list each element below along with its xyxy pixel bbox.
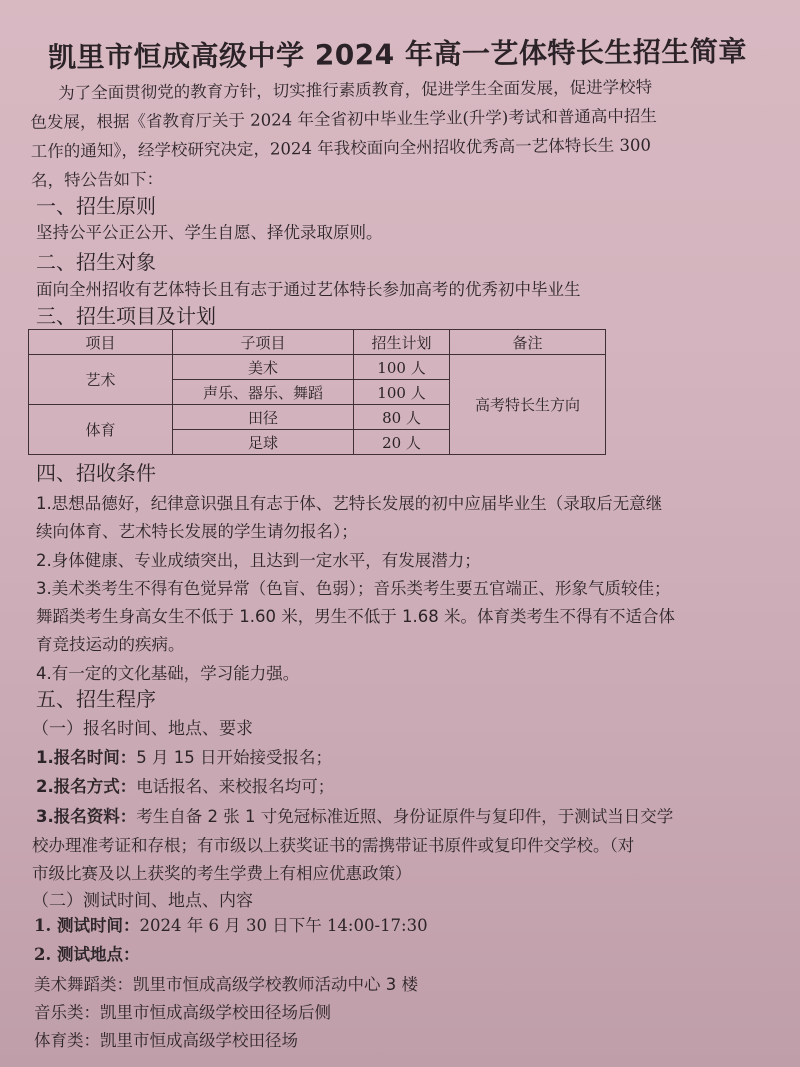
registration-item: 1.报名时间：5 月 15 日开始接受报名；: [36, 744, 332, 768]
condition-line: 2.身体健康、专业成绩突出，且达到一定水平，有发展潜力；: [36, 547, 481, 571]
test-location: 体育类：凯里市恒成高级学校田径场: [34, 1027, 298, 1051]
cell-subcategory: 田径: [173, 405, 354, 430]
location-label: 体育类：: [34, 1031, 100, 1050]
condition-line: 4.有一定的文化基础，学习能力强。: [36, 660, 299, 684]
item-text: 2024 年 6 月 30 日下午 14:00-17:30: [139, 916, 427, 935]
location-text: 凯里市恒成高级学校田径场后侧: [100, 1003, 331, 1022]
col-header-subcategory: 子项目: [173, 330, 354, 355]
subheading-registration: （一）报名时间、地点、要求: [32, 714, 253, 739]
cell-subcategory: 美术: [173, 355, 354, 380]
document-title: 凯里市恒成高级中学 2024 年高一艺体特长生招生简章: [48, 30, 778, 76]
registration-continuation: 校办理准考证和存根；有市级以上获奖证书的需携带证书原件或复印件交学校。（对: [32, 832, 634, 856]
condition-line: 育竞技运动的疾病。: [36, 631, 185, 655]
cell-category: 体育: [29, 405, 173, 455]
section-heading-procedure: 五、招生程序: [36, 683, 156, 712]
item-label: 1.报名时间：: [36, 748, 136, 767]
item-text: 5 月 15 日开始接受报名；: [136, 748, 332, 767]
cell-subcategory: 声乐、器乐、舞蹈: [173, 380, 354, 405]
enrollment-plan-table: 项目 子项目 招生计划 备注 艺术 美术 100 人 高考特长生方向 声乐、器乐…: [28, 329, 606, 455]
location-label: 音乐类：: [34, 1003, 100, 1022]
testing-item: 2. 测试地点：: [34, 941, 139, 965]
testing-item: 1. 测试时间：2024 年 6 月 30 日下午 14:00-17:30: [34, 912, 428, 936]
document-page: 凯里市恒成高级中学 2024 年高一艺体特长生招生简章 为了全面贯彻党的教育方针…: [0, 0, 800, 1067]
targets-text: 面向全州招收有艺体特长且有志于通过艺体特长参加高考的优秀初中毕业生: [36, 276, 581, 300]
condition-line: 舞蹈类考生身高女生不低于 1.60 米，男生不低于 1.68 米。体育类考生不得…: [36, 603, 675, 627]
item-label: 2. 测试地点：: [34, 945, 139, 964]
col-header-plan: 招生计划: [354, 330, 450, 355]
registration-item: 2.报名方式：电话报名、来校报名均可；: [36, 773, 334, 797]
section-heading-targets: 二、招生对象: [36, 246, 156, 275]
condition-line: 1.思想品德好，纪律意识强且有志于体、艺特长发展的初中应届毕业生（录取后无意继: [36, 490, 662, 514]
col-header-category: 项目: [29, 330, 173, 355]
item-label: 3.报名资料：: [36, 807, 136, 826]
cell-plan: 100 人: [354, 355, 450, 380]
test-location: 美术舞蹈类：凯里市恒成高级学校教师活动中心 3 楼: [34, 971, 418, 995]
item-text: 电话报名、来校报名均可；: [136, 777, 334, 796]
cell-plan: 100 人: [354, 380, 450, 405]
cell-subcategory: 足球: [173, 430, 354, 455]
condition-line: 续向体育、艺术特长发展的学生请勿报名）；: [36, 518, 358, 542]
location-label: 美术舞蹈类：: [34, 975, 133, 994]
condition-line: 3.美术类考生不得有色觉异常（色盲、色弱）；音乐类考生要五官端正、形象气质较佳；: [36, 575, 671, 599]
table-row: 艺术 美术 100 人 高考特长生方向: [29, 355, 606, 380]
item-label: 2.报名方式：: [36, 777, 136, 796]
section-heading-principles: 一、招生原则: [36, 190, 156, 219]
intro-paragraph: 为了全面贯彻党的教育方针，切实推行素质教育，促进学生全面发展，促进学校特 色发展…: [30, 72, 746, 195]
item-label: 1. 测试时间：: [34, 916, 139, 935]
section-heading-conditions: 四、招收条件: [36, 457, 156, 486]
section-heading-plan: 三、招生项目及计划: [36, 300, 216, 329]
cell-category: 艺术: [29, 355, 173, 405]
location-text: 凯里市恒成高级学校田径场: [100, 1031, 298, 1050]
registration-continuation: 市级比赛及以上获奖的考生学费上有相应优惠政策）: [32, 860, 412, 884]
registration-item: 3.报名资料：考生自备 2 张 1 寸免冠标准近照、身份证原件与复印件，于测试当…: [36, 803, 673, 827]
subheading-testing: （二）测试时间、地点、内容: [32, 886, 253, 911]
cell-plan: 20 人: [354, 430, 450, 455]
cell-plan: 80 人: [354, 405, 450, 430]
item-text: 考生自备 2 张 1 寸免冠标准近照、身份证原件与复印件，于测试当日交学: [136, 807, 673, 826]
table-header-row: 项目 子项目 招生计划 备注: [29, 330, 606, 355]
principles-text: 坚持公平公正公开、学生自愿、择优录取原则。: [36, 219, 383, 243]
test-location: 音乐类：凯里市恒成高级学校田径场后侧: [34, 999, 331, 1023]
col-header-note: 备注: [450, 330, 606, 355]
location-text: 凯里市恒成高级学校教师活动中心 3 楼: [133, 975, 418, 994]
cell-note: 高考特长生方向: [450, 355, 606, 455]
